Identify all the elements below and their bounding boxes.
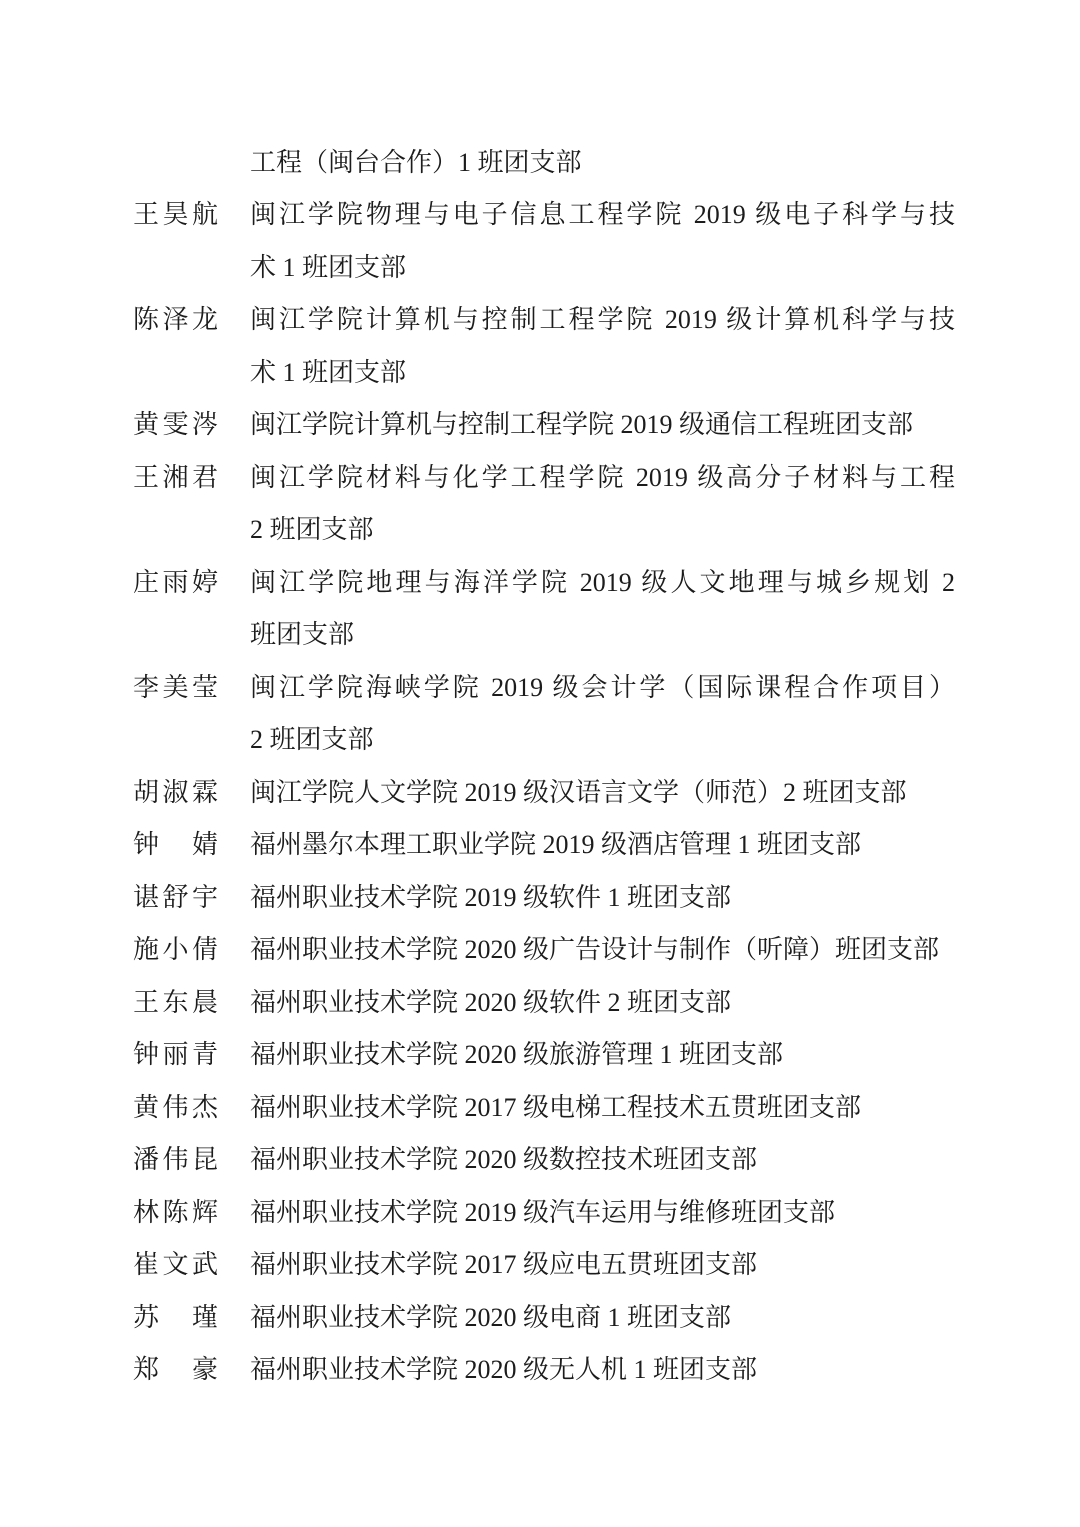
- member-name: 崔文武: [133, 1244, 218, 1281]
- roster-row: 班团支部: [133, 607, 955, 660]
- member-name: 黄伟杰: [133, 1087, 218, 1124]
- branch-line: 福州职业技术学院 2020 级无人机 1 班团支部: [250, 1349, 955, 1386]
- branch-line: 福州职业技术学院 2020 级电商 1 班团支部: [250, 1297, 955, 1334]
- roster-row: 钟丽青福州职业技术学院 2020 级旅游管理 1 班团支部: [133, 1027, 955, 1080]
- member-name: 施小倩: [133, 929, 218, 966]
- document-page: 工程（闽台合作）1 班团支部王昊航闽江学院物理与电子信息工程学院 2019 级电…: [0, 0, 1080, 1527]
- branch-line: 福州职业技术学院 2020 级旅游管理 1 班团支部: [250, 1034, 955, 1071]
- roster-row: 王昊航闽江学院物理与电子信息工程学院 2019 级电子科学与技: [133, 187, 955, 240]
- member-name: 谌舒宇: [133, 877, 218, 914]
- roster-row: 黄伟杰福州职业技术学院 2017 级电梯工程技术五贯班团支部: [133, 1079, 955, 1132]
- branch-line: 2 班团支部: [250, 719, 955, 756]
- member-name: 庄雨婷: [133, 562, 218, 599]
- roster-row: 黄雯涔闽江学院计算机与控制工程学院 2019 级通信工程班团支部: [133, 397, 955, 450]
- branch-line: 闽江学院地理与海洋学院 2019 级人文地理与城乡规划 2: [250, 562, 955, 599]
- roster-row: 胡淑霖闽江学院人文学院 2019 级汉语言文学（师范）2 班团支部: [133, 764, 955, 817]
- roster-row: 陈泽龙闽江学院计算机与控制工程学院 2019 级计算机科学与技: [133, 292, 955, 345]
- branch-line: 闽江学院计算机与控制工程学院 2019 级通信工程班团支部: [250, 404, 955, 441]
- roster-row: 谌舒宇福州职业技术学院 2019 级软件 1 班团支部: [133, 869, 955, 922]
- member-name: 潘伟昆: [133, 1139, 218, 1176]
- member-name: 王昊航: [133, 194, 218, 231]
- branch-line: 福州职业技术学院 2020 级数控技术班团支部: [250, 1139, 955, 1176]
- member-name: 王东晨: [133, 982, 218, 1019]
- roster-row: 钟婧福州墨尔本理工职业学院 2019 级酒店管理 1 班团支部: [133, 817, 955, 870]
- branch-line: 福州职业技术学院 2017 级电梯工程技术五贯班团支部: [250, 1087, 955, 1124]
- branch-line: 福州职业技术学院 2019 级软件 1 班团支部: [250, 877, 955, 914]
- branch-line: 闽江学院海峡学院 2019 级会计学（国际课程合作项目）: [250, 667, 955, 704]
- roster-row: 崔文武福州职业技术学院 2017 级应电五贯班团支部: [133, 1237, 955, 1290]
- member-name: 钟丽青: [133, 1034, 218, 1071]
- roster-row: 王东晨福州职业技术学院 2020 级软件 2 班团支部: [133, 974, 955, 1027]
- branch-line: 闽江学院人文学院 2019 级汉语言文学（师范）2 班团支部: [250, 772, 955, 809]
- roster-row: 潘伟昆福州职业技术学院 2020 级数控技术班团支部: [133, 1132, 955, 1185]
- roster-row: 施小倩福州职业技术学院 2020 级广告设计与制作（听障）班团支部: [133, 922, 955, 975]
- branch-line: 福州职业技术学院 2019 级汽车运用与维修班团支部: [250, 1192, 955, 1229]
- member-name: 黄雯涔: [133, 404, 218, 441]
- member-name: 王湘君: [133, 457, 218, 494]
- roster-row: 术 1 班团支部: [133, 344, 955, 397]
- member-name: 林陈辉: [133, 1192, 218, 1229]
- branch-line: 福州职业技术学院 2020 级软件 2 班团支部: [250, 982, 955, 1019]
- roster-row: 术 1 班团支部: [133, 239, 955, 292]
- member-name: 郑豪: [133, 1349, 218, 1386]
- branch-line: 术 1 班团支部: [250, 247, 955, 284]
- member-name: 钟婧: [133, 824, 218, 861]
- roster-row: 2 班团支部: [133, 712, 955, 765]
- branch-line: 福州职业技术学院 2020 级广告设计与制作（听障）班团支部: [250, 929, 955, 966]
- roster-row: 2 班团支部: [133, 502, 955, 555]
- branch-line: 2 班团支部: [250, 509, 955, 546]
- roster-row: 李美莹闽江学院海峡学院 2019 级会计学（国际课程合作项目）: [133, 659, 955, 712]
- branch-line: 福州墨尔本理工职业学院 2019 级酒店管理 1 班团支部: [250, 824, 955, 861]
- branch-line: 闽江学院计算机与控制工程学院 2019 级计算机科学与技: [250, 299, 955, 336]
- roster-row: 林陈辉福州职业技术学院 2019 级汽车运用与维修班团支部: [133, 1184, 955, 1237]
- roster-row: 庄雨婷闽江学院地理与海洋学院 2019 级人文地理与城乡规划 2: [133, 554, 955, 607]
- branch-line: 闽江学院材料与化学工程学院 2019 级高分子材料与工程: [250, 457, 955, 494]
- member-name: 胡淑霖: [133, 772, 218, 809]
- roster-row: 郑豪福州职业技术学院 2020 级无人机 1 班团支部: [133, 1342, 955, 1395]
- branch-line: 班团支部: [250, 614, 955, 651]
- member-name: 苏瑾: [133, 1297, 218, 1334]
- member-name: 李美莹: [133, 667, 218, 704]
- branch-line: 工程（闽台合作）1 班团支部: [250, 142, 955, 179]
- roster-row: 王湘君闽江学院材料与化学工程学院 2019 级高分子材料与工程: [133, 449, 955, 502]
- branch-line: 术 1 班团支部: [250, 352, 955, 389]
- roster-row: 苏瑾福州职业技术学院 2020 级电商 1 班团支部: [133, 1289, 955, 1342]
- branch-line: 闽江学院物理与电子信息工程学院 2019 级电子科学与技: [250, 194, 955, 231]
- member-name: 陈泽龙: [133, 299, 218, 336]
- roster-row: 工程（闽台合作）1 班团支部: [133, 134, 955, 187]
- branch-line: 福州职业技术学院 2017 级应电五贯班团支部: [250, 1244, 955, 1281]
- branch-roster-list: 工程（闽台合作）1 班团支部王昊航闽江学院物理与电子信息工程学院 2019 级电…: [133, 134, 955, 1394]
